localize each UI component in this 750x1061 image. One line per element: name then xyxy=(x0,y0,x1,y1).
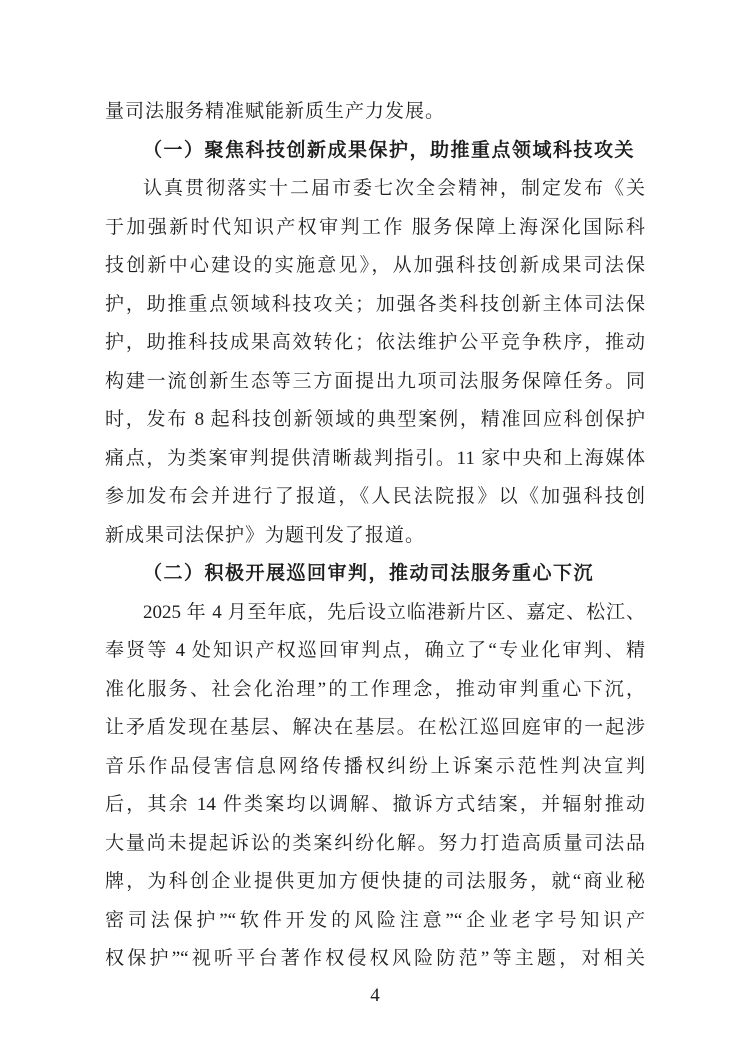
paragraph-line: 认真贯彻落实十二届市委七次全会精神，制定发布《关 xyxy=(105,170,645,209)
page-number: 4 xyxy=(0,981,750,1011)
paragraph-line: 痛点，为类案审判提供清晰裁判指引。11 家中央和上海媒体 xyxy=(105,440,645,479)
paragraph-line: 让矛盾发现在基层、解决在基层。在松江巡回庭审的一起涉 xyxy=(105,709,645,748)
section-1-heading: （一）聚焦科技创新成果保护，助推重点领域科技攻关 xyxy=(105,132,645,171)
paragraph-line: 牌，为科创企业提供更加方便快捷的司法服务，就“商业秘 xyxy=(105,863,645,902)
paragraph-line: 新成果司法保护》为题刊发了报道。 xyxy=(105,517,645,556)
paragraph-line: 于加强新时代知识产权审判工作 服务保障上海深化国际科 xyxy=(105,209,645,248)
paragraph-line: 密司法保护”“软件开发的风险注意”“企业老字号知识产 xyxy=(105,902,645,941)
paragraph-line: 量司法服务精准赋能新质生产力发展。 xyxy=(105,93,645,132)
paragraph-line: 音乐作品侵害信息网络传播权纠纷上诉案示范性判决宣判 xyxy=(105,748,645,787)
paragraph-line: 构建一流创新生态等三方面提出九项司法服务保障任务。同 xyxy=(105,363,645,402)
paragraph-line: 技创新中心建设的实施意见》，从加强科技创新成果司法保 xyxy=(105,247,645,286)
document-page: 量司法服务精准赋能新质生产力发展。 （一）聚焦科技创新成果保护，助推重点领域科技… xyxy=(0,0,750,1061)
paragraph-line: 大量尚未提起诉讼的类案纠纷化解。努力打造高质量司法品 xyxy=(105,825,645,864)
paragraph-line: 2025 年 4 月至年底，先后设立临港新片区、嘉定、松江、 xyxy=(105,594,645,633)
section-2-heading: （二）积极开展巡回审判，推动司法服务重心下沉 xyxy=(105,555,645,594)
paragraph-line: 奉贤等 4 处知识产权巡回审判点，确立了“专业化审判、精 xyxy=(105,632,645,671)
paragraph-line: 护，助推重点领域科技攻关；加强各类科技创新主体司法保 xyxy=(105,286,645,325)
paragraph-line: 后，其余 14 件类案均以调解、撤诉方式结案，并辐射推动 xyxy=(105,786,645,825)
paragraph-line: 时，发布 8 起科技创新领域的典型案例，精准回应科创保护 xyxy=(105,401,645,440)
document-body: 量司法服务精准赋能新质生产力发展。 （一）聚焦科技创新成果保护，助推重点领域科技… xyxy=(105,93,645,979)
paragraph-line: 护，助推科技成果高效转化；依法维护公平竞争秩序，推动 xyxy=(105,324,645,363)
paragraph-line: 权保护”“视听平台著作权侵权风险防范”等主题，对相关 xyxy=(105,940,645,979)
paragraph-line: 准化服务、社会化治理”的工作理念，推动审判重心下沉， xyxy=(105,671,645,710)
paragraph-line: 参加发布会并进行了报道，《人民法院报》以《加强科技创 xyxy=(105,478,645,517)
